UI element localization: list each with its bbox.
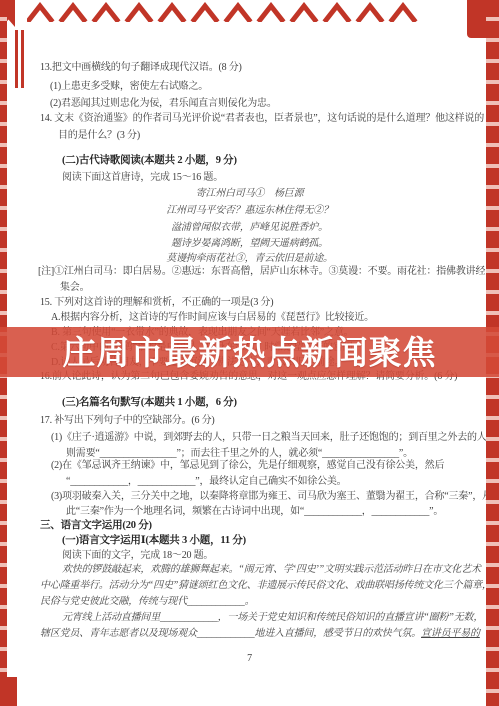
passage-line-5-text: 辖区党员、青年志愿者以及现场观众____________地进入直播间，感受节日的… <box>40 628 421 639</box>
passage-line-1: 欢快的锣鼓敲起来，欢腾的雄狮舞起来。“闹元宵、学‘四史’”文明实践示范活动昨日在… <box>62 563 481 576</box>
passage-line-3: 民俗与党史彼此交融，传统与现代____________。 <box>40 595 254 608</box>
poem-note-line2: 集会。 <box>60 281 89 294</box>
news-banner-overlay[interactable]: 庄周市最新热点新闻聚焦 <box>0 327 499 377</box>
section2-heading: (二)古代诗歌阅读(本题共 2 小题，9 分) <box>62 154 237 167</box>
q17-item3-line1: (3)项羽破秦入关，三分关中之地，以秦降将章邯为雍王、司马欣为塞王、董翳为翟王，… <box>51 490 492 503</box>
q17-item2-line1: (2)在《邹忌讽齐王纳谏》中，邹忌见到了徐公，先是仔细观察，感觉自己没有徐公美，… <box>51 459 444 472</box>
poem-line-4: 莫谩拘牵雨花社③，青云依旧是前途。 <box>166 252 333 265</box>
q17-item3-line2: 此“三秦”作为一个地理名词，频繁在古诗词中出现，如“____________，_… <box>66 505 443 518</box>
q13-item2: (2)君恶闻其过则忠化为佞，君乐闻直言则佞化为忠。 <box>50 97 277 110</box>
passage-line-5-underlined: 宣讲员平易的 <box>421 628 480 639</box>
exam-paper-page: 13.把文中画横线的句子翻译成现代汉语。(8 分) (1)上患吏多受赇，密使左右… <box>0 0 499 706</box>
q14-line1: 14. 文末《资治通鉴》的作者司马光评价说“君者表也，臣者景也”，这句话说的是什… <box>40 112 484 125</box>
q13-stem: 13.把文中画横线的句子翻译成现代汉语。(8 分) <box>40 61 242 74</box>
left-double-line-icon <box>15 30 24 88</box>
section-lang-sub-heading: (一)语言文字运用Ⅰ(本题共 3 小题，11 分) <box>62 534 246 547</box>
section-lang-intro: 阅读下面的文字，完成 18～20 题。 <box>62 549 213 562</box>
section2-intro: 阅读下面这首唐诗，完成 15～16 题。 <box>62 171 223 184</box>
poem-line-3: 题诗岁晏离鸿断，望阙天遥病鹤孤。 <box>171 237 328 250</box>
news-banner-title: 庄周市最新热点新闻聚焦 <box>63 336 437 369</box>
poem-note-line1: [注]①江州白司马：即白居易。②惠远：东晋高僧，居庐山东林寺。③莫谩：不要。雨花… <box>38 265 495 278</box>
q15-option-a: A.根据内容分析，这首诗的写作时间应该与白居易的《琵琶行》比较接近。 <box>51 311 374 324</box>
section-lang-heading: 三、语言文字运用(20 分) <box>40 519 152 532</box>
q13-item1: (1)上患吏多受赇，密使左右试赂之。 <box>50 80 208 93</box>
poem-line-1: 江州司马平安否？惠远东林住得无②？ <box>166 204 333 217</box>
page-number: 7 <box>247 652 252 665</box>
q17-item2-line2: “____________，____________”，最终认定自己确实不如徐公… <box>66 475 346 488</box>
poem-line-2: 湓浦曾闻似衣带，庐峰见说胜香炉。 <box>171 221 328 234</box>
section3-heading: (三)名篇名句默写(本题共 1 小题，6 分) <box>62 396 237 409</box>
passage-line-2: 中心隆重举行。活动分为“四史”猜谜颂红色文化、非遗展示传民俗文化、戏曲联唱扬传统… <box>40 579 492 592</box>
q15-stem: 15. 下列对这首诗的理解和赏析，不正确的一项是(3 分) <box>40 296 273 309</box>
q17-item1-line1: (1)《庄子·逍遥游》中说，到郊野去的人，只带一日之粮当天回来，肚子还饱饱的；到… <box>51 431 496 444</box>
q17-stem: 17. 补写出下列句子中的空缺部分。(6 分) <box>40 414 215 427</box>
bottom-left-block-icon <box>0 677 17 706</box>
q14-line2: 目的是什么？(3 分) <box>58 129 140 142</box>
poem-title: 寄江州白司马① 杨巨源 <box>196 187 304 200</box>
chevron-border-icon <box>27 2 439 22</box>
passage-line-4: 元宵线上活动直播间里____________，一场关于党史知识和传统民俗知识的直… <box>62 611 483 624</box>
passage-line-5: 辖区党员、青年志愿者以及现场观众____________地进入直播间，感受节日的… <box>40 627 480 640</box>
